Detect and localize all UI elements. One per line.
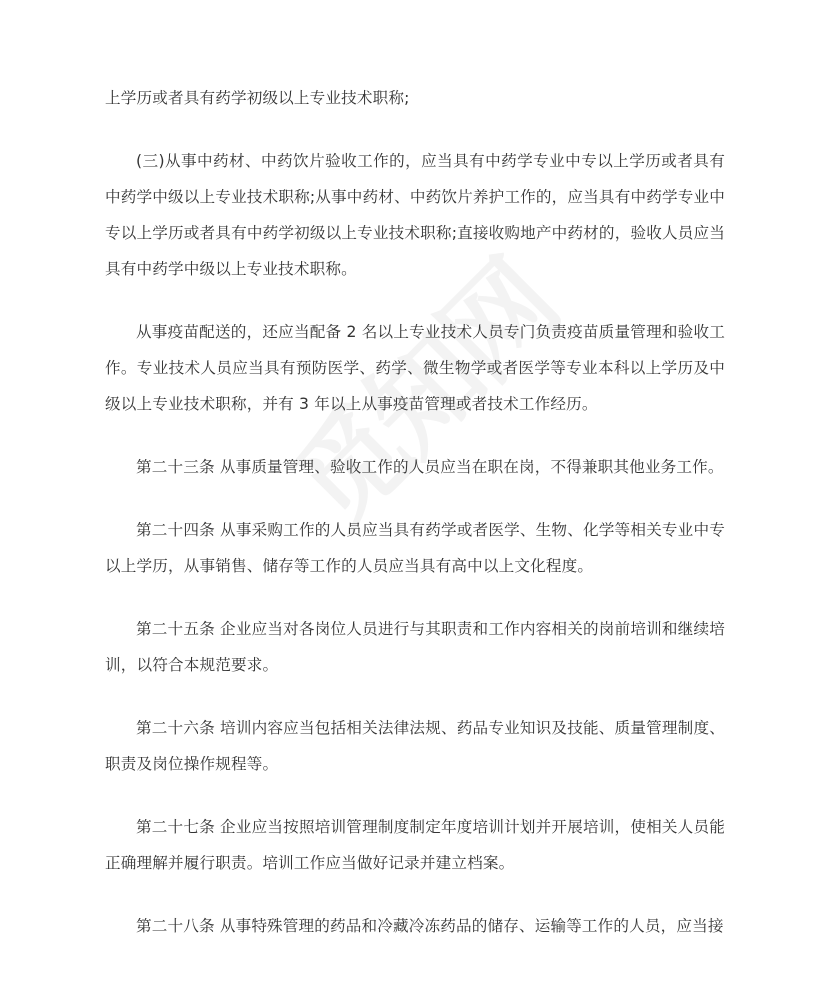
paragraph-article-23: 第二十三条 从事质量管理、验收工作的人员应当在职在岗，不得兼职其他业务工作。 xyxy=(105,449,725,485)
document-page: 上学历或者具有药学初级以上专业技术职称; (三)从事中药材、中药饮片验收工作的，… xyxy=(105,80,725,971)
paragraph-article-25: 第二十五条 企业应当对各岗位人员进行与其职责和工作内容相关的岗前培训和继续培训，… xyxy=(105,611,725,683)
paragraph-article-28: 第二十八条 从事特殊管理的药品和冷藏冷冻药品的储存、运输等工作的人员，应当接 xyxy=(105,908,725,944)
paragraph-article-24: 第二十四条 从事采购工作的人员应当具有药学或者医学、生物、化学等相关专业中专以上… xyxy=(105,512,725,584)
paragraph-article-26: 第二十六条 培训内容应当包括相关法律法规、药品专业知识及技能、质量管理制度、职责… xyxy=(105,710,725,782)
paragraph-continuation: 上学历或者具有药学初级以上专业技术职称; xyxy=(105,80,725,116)
paragraph-item-3-chinese-medicine: (三)从事中药材、中药饮片验收工作的，应当具有中药学专业中专以上学历或者具有中药… xyxy=(105,143,725,287)
paragraph-article-27: 第二十七条 企业应当按照培训管理制度制定年度培训计划并开展培训，使相关人员能正确… xyxy=(105,809,725,881)
paragraph-vaccine-distribution: 从事疫苗配送的，还应当配备 2 名以上专业技术人员专门负责疫苗质量管理和验收工作… xyxy=(105,314,725,422)
